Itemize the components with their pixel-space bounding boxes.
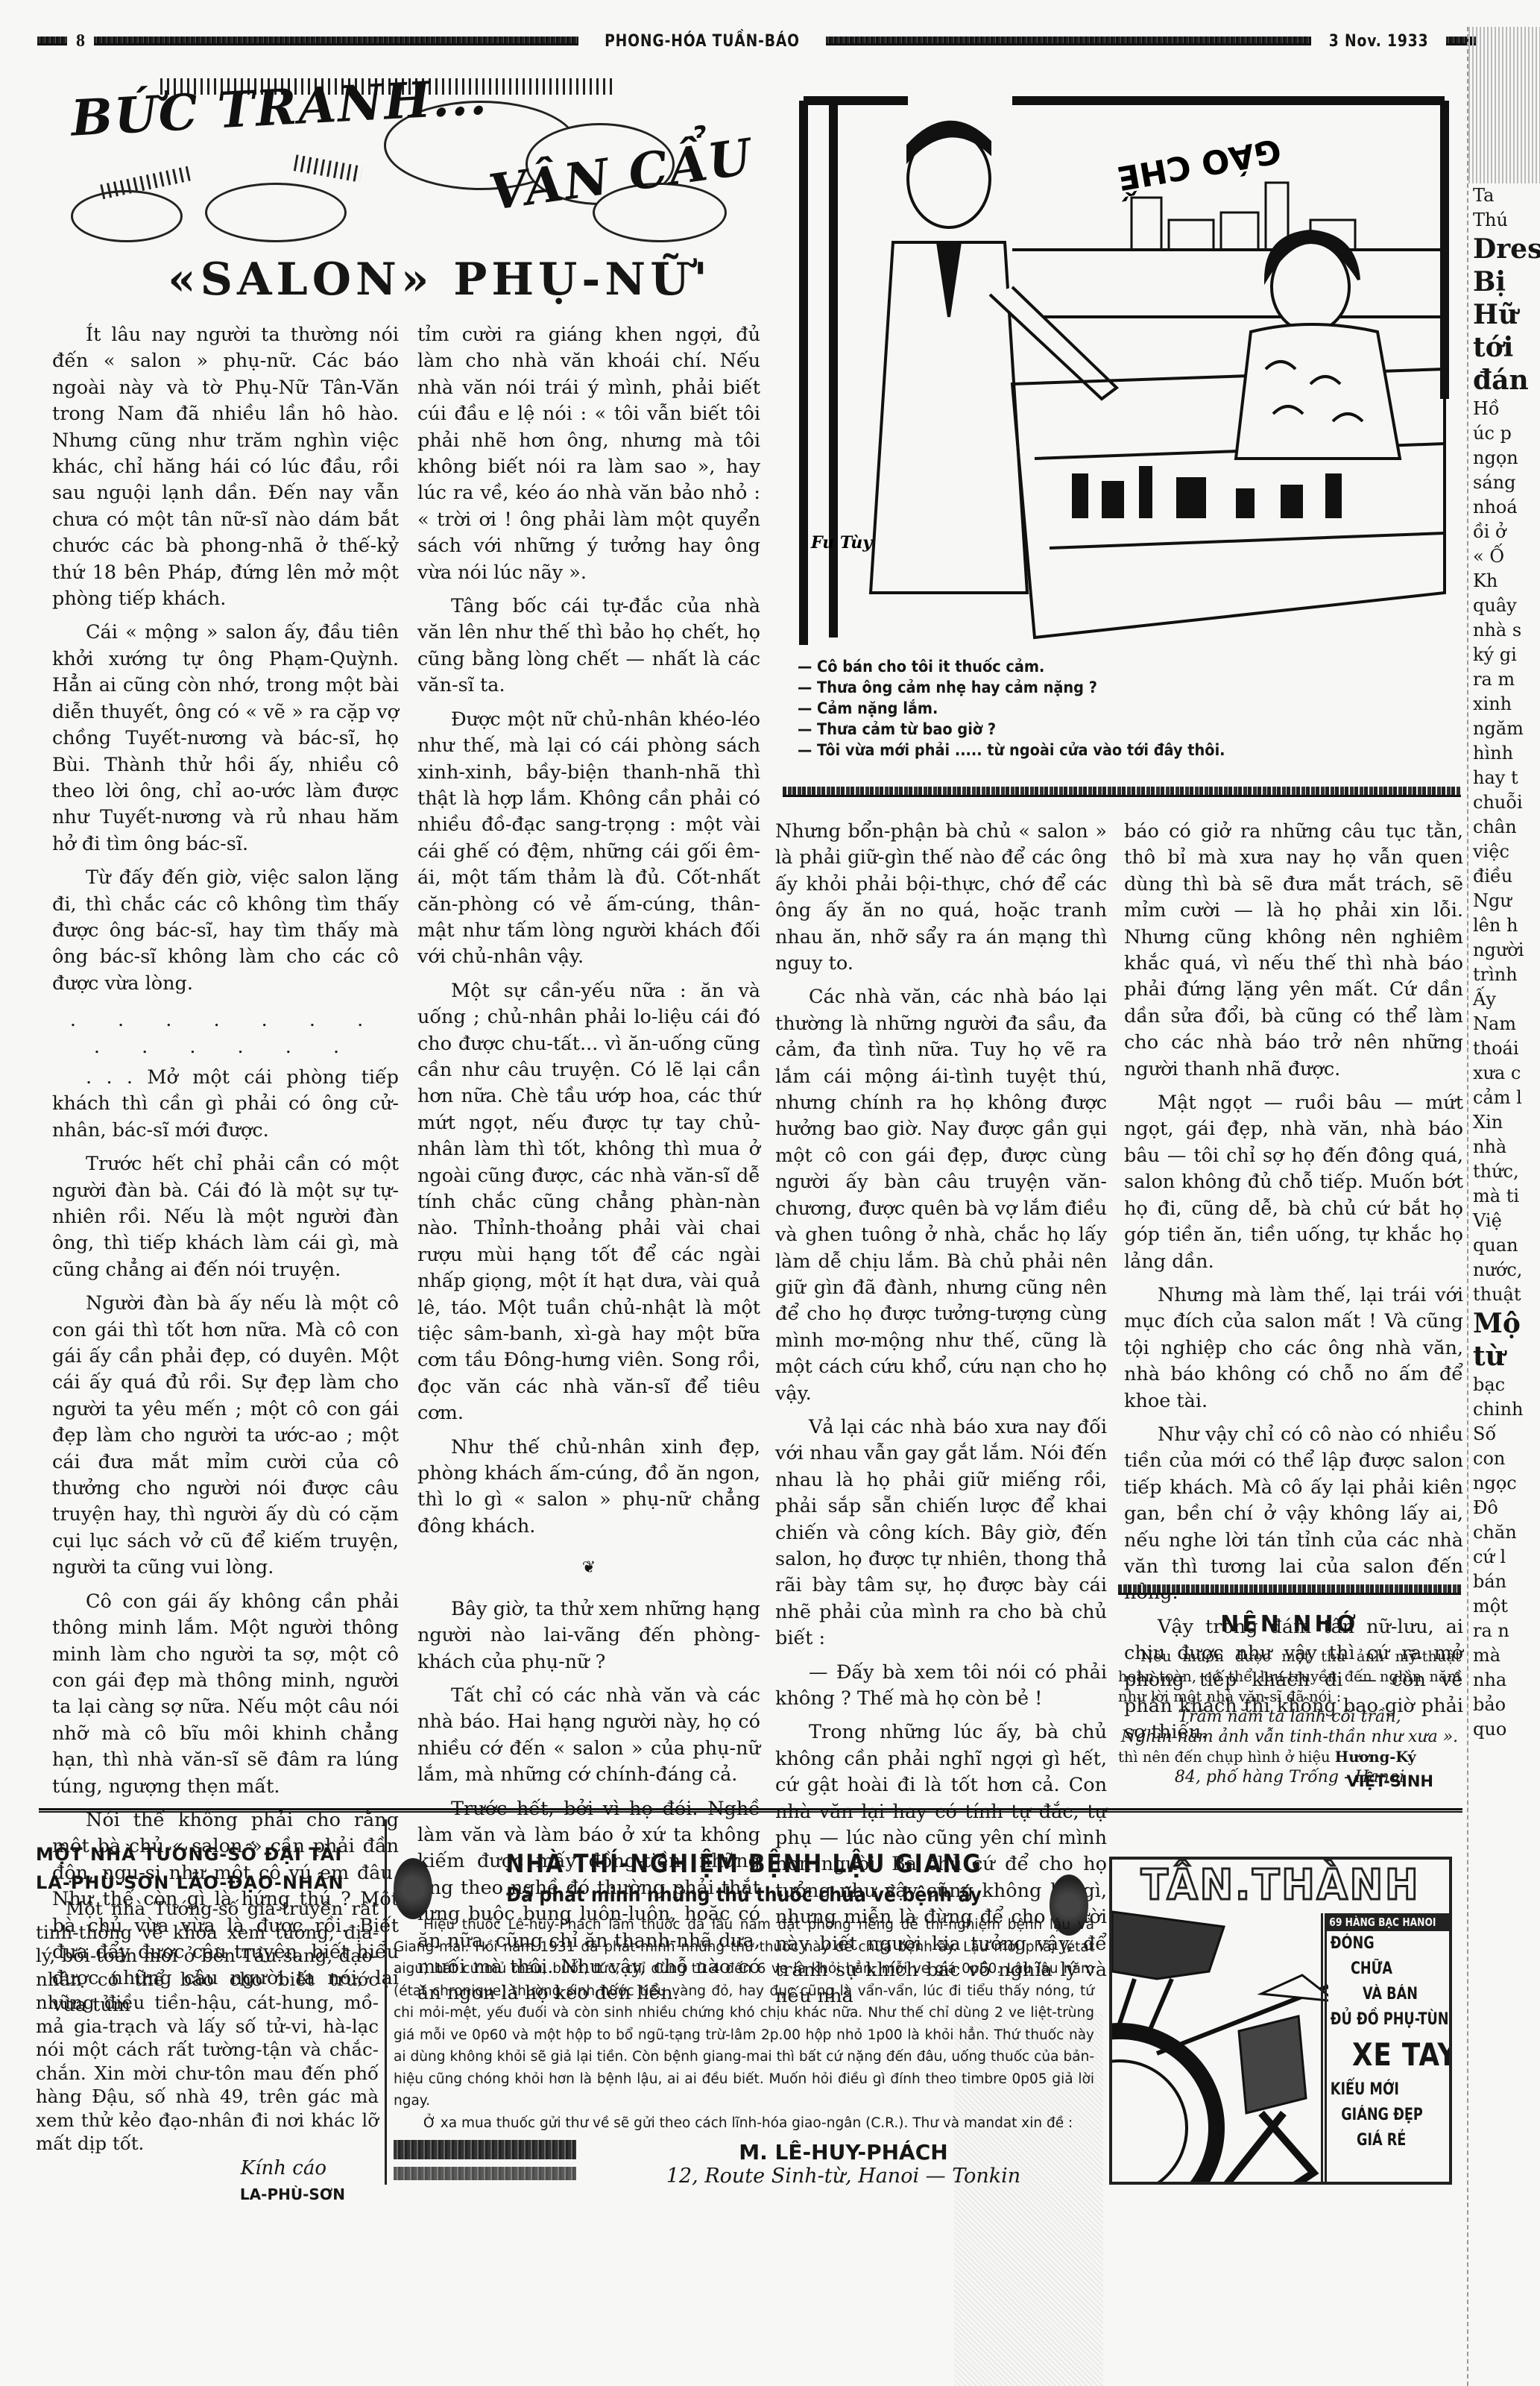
text-fragment: xưa c [1468,1061,1540,1086]
ads-section-rule [39,1808,1462,1813]
title-illustration: BỨC TRANH... VÂN CẨU [71,78,775,254]
text-fragment: hình [1468,741,1540,766]
text-fragment: tới [1468,331,1540,364]
ad-line: CHỮA [1327,1957,1424,1982]
text-fragment: Xin [1468,1110,1540,1135]
text-fragment: mà ti [1468,1184,1540,1209]
paragraph: Mật ngọt — ruồi bâu — mứt ngọt, gái đẹp,… [1124,1090,1463,1275]
fleuron-ornament-icon: ❦ [417,1555,760,1581]
text-fragment: một [1468,1594,1540,1619]
adjacent-page-edge: Ta Thú Dress Bị Hữ tới đán Hồ úc p ngọn … [1467,27,1540,2386]
text-fragment: cứ l [1468,1545,1540,1570]
ad-tagline: GIÁ RẺ [1327,2128,1424,2153]
caption-line: — Tôi vừa mới phải ..... từ ngoài cửa và… [798,740,1401,761]
rickshaw-puller-illustration [1112,1904,1328,2185]
text-fragment: quo [1468,1717,1540,1742]
text-fragment: úc p [1468,421,1540,446]
ad-subtitle: Đã phát minh những thứ thuốc chữa về bện… [435,1883,1052,1907]
ad-signature: LA-PHÙ-SƠN [36,2185,379,2203]
text-fragment: Việ [1468,1209,1540,1233]
text-fragment: Kh [1468,569,1540,594]
paragraph: Ít lâu nay người ta thường nói đến « sal… [52,322,399,612]
cloud-icon [205,183,347,242]
text-fragment: việc [1468,840,1540,864]
pharmacy-cartoon: GÁO CHẾ Fu Tùy [789,71,1459,645]
text-fragment: Dress [1468,233,1540,265]
ad-line: ĐÓNG [1327,1931,1424,1957]
decorative-band [394,2140,576,2159]
text-fragment: mà [1468,1643,1540,1668]
text-fragment: ra n [1468,1619,1540,1643]
ad-body: Một nhà Tướng-số gia-truyền rất tinh-thô… [36,1897,379,2156]
issue-date: 3 Nov. 1933 [1329,32,1429,51]
caption-line: — Thưa ông cảm nhẹ hay cảm nặng ? [798,677,1401,698]
ellipsis-separator: . . . . . . . . . . . . . [52,1007,399,1060]
masthead: 8 PHONG-HÓA TUẦN-BÁO 3 Nov. 1933 [37,27,1476,55]
ad-title: MỘT NHÀ TƯỚNG-SỐ ĐẠI TÀI [36,1840,379,1869]
text-fragment: nhoá [1468,495,1540,520]
text-fragment: đán [1468,364,1540,397]
text-fragment: ngọc [1468,1471,1540,1496]
paragraph: Như thế chủ-nhân xinh đẹp, phòng khách ấ… [417,1435,760,1540]
paragraph: Trước hết chỉ phải cần có một người đàn … [52,1151,399,1283]
text-fragment: chinh [1468,1397,1540,1422]
article-column-2: tỉm cười ra giáng khen ngợi, đủ làm cho … [417,322,760,2015]
text-fragment: nước, [1468,1258,1540,1282]
paragraph: Như vậy chỉ có cô nào có nhiều tiền của … [1124,1422,1463,1607]
publication-name: PHONG-HÓA TUẦN-BÁO [605,32,800,51]
caption-line: — Cảm nặng lắm. [798,698,1401,719]
paragraph: tỉm cười ra giáng khen ngợi, đủ làm cho … [417,322,760,586]
text-fragment: nhà [1468,1135,1540,1159]
paragraph: Nhưng mà làm thế, lại trái với mục đích … [1124,1282,1463,1414]
ad-title: NHÀ THÍ-NGHIỆM BỆNH LẬU GIANG [435,1849,1052,1879]
text-fragment: bảo [1468,1693,1540,1717]
ad-line: VÀ BÁN [1327,1982,1424,2007]
notice-intro: Nếu muốn được một thứ ảnh mỹ-thuật hoàn-… [1118,1646,1461,1707]
notice-title: NÊN NHỚ [1118,1611,1461,1637]
text-fragment: từ [1468,1340,1540,1373]
ad-title: LA-PHÙ-SƠN LÃO-ĐẠO-NHÂN [36,1869,379,1897]
paragraph: Tất chỉ có các nhà văn và các nhà báo. H… [417,1683,760,1789]
text-fragment: lên h [1468,913,1540,938]
text-fragment: Ấy [1468,987,1540,1012]
notice-verse-line: Nghìn năm ảnh vẫn tinh-thần như xưa ». [1118,1727,1461,1747]
text-fragment: Hữ [1468,298,1540,331]
ad-tagline: GIÁNG ĐẸP [1327,2103,1424,2128]
paragraph: Được một nữ chủ-nhân khéo-léo như thế, m… [417,707,760,971]
fortune-teller-ad: MỘT NHÀ TƯỚNG-SỐ ĐẠI TÀI LA-PHÙ-SƠN LÃO-… [36,1840,379,2203]
paragraph: — Đấy bà xem tôi nói có phải không ? Thế… [775,1660,1107,1713]
cartoon-caption: — Cô bán cho tôi it thuốc cảm. — Thưa ôn… [798,656,1454,761]
text-fragment: Thú [1468,208,1540,233]
text-fragment: Ngư [1468,889,1540,913]
paragraph: Bây giờ, ta thử xem những hạng người nào… [417,1596,760,1675]
text-fragment: người [1468,938,1540,963]
rickshaw-ad: TÂN.THÀNH 69 HÀNG BẠC HANOI ĐÓNG CHỮA VÀ… [1109,1857,1452,2185]
paragraph: . . . Mở một cái phòng tiếp khách thì cầ… [52,1065,399,1144]
ornament-dot-icon [394,1858,432,1919]
decorative-wave [394,2167,576,2180]
hatched-sunray [294,154,362,182]
article-column-1: Ít lâu nay người ta thường nói đến « sal… [52,322,399,2026]
article-headline: «SALON» PHỤ-NỮ' [134,254,745,306]
text-fragment: cảm l [1468,1086,1540,1110]
shop-name: Hương-Ký [1335,1748,1416,1766]
text-fragment: ngăm [1468,717,1540,741]
page-number: 8 [76,31,85,51]
text-fragment: Đô [1468,1496,1540,1520]
adjacent-page-artwork [1468,27,1540,183]
text-fragment: chăn [1468,1520,1540,1545]
text-fragment: điều [1468,864,1540,889]
text-fragment: thuật [1468,1282,1540,1307]
paragraph: Cái « mộng » salon ấy, đầu tiên khởi xướ… [52,620,399,857]
masthead-rule [94,37,578,45]
text-fragment: ra m [1468,667,1540,692]
paragraph: Vả lại các nhà báo xưa nay đối với nhau … [775,1414,1107,1652]
text-fragment: quây [1468,594,1540,618]
text-fragment: ngọn [1468,446,1540,470]
text-fragment: Bị [1468,265,1540,298]
artist-signature: Fu Tùy [810,533,874,553]
ad-line: ĐỦ ĐỒ PHỤ-TÙNG [1327,2007,1424,2033]
text-fragment: « Ố [1468,544,1540,569]
text-fragment: hay t [1468,766,1540,790]
article-column-3: Nhưng bổn-phận bà chủ « salon » là phải … [775,819,1107,2018]
text-fragment: xinh [1468,692,1540,717]
ad-product: XE TAY [1327,2033,1430,2077]
text-fragment: nhà s [1468,618,1540,643]
section-divider [1118,1584,1461,1595]
text-fragment: Mộ [1468,1307,1540,1340]
text-fragment: quan [1468,1233,1540,1258]
notice-cta: thì nên đến chụp hình ở hiệu [1118,1748,1331,1766]
text-fragment: con [1468,1447,1540,1471]
paragraph: Một sự cần-yếu nữa : ăn và uống ; chủ-nh… [417,978,760,1427]
text-fragment: thức, [1468,1159,1540,1184]
ad-text-panel: 69 HÀNG BẠC HANOI ĐÓNG CHỮA VÀ BÁN ĐỦ ĐỒ… [1321,1913,1449,2185]
caption-line: — Thưa cảm từ bao giờ ? [798,719,1401,740]
caption-line: — Cô bán cho tôi it thuốc cảm. [798,656,1401,677]
cloud-icon [71,190,183,242]
text-fragment: Hồ [1468,397,1540,421]
text-fragment: nha [1468,1668,1540,1693]
ad-tagline: KIỂU MỚI [1327,2077,1424,2103]
scan-artifact [954,2013,1103,2386]
text-fragment: ồi ở [1468,520,1540,544]
masthead-rule [37,37,67,45]
notice-verse-line: Trăm năm ta lánh cõi trần, [1118,1707,1461,1727]
ad-brand: TÂN.THÀNH [1125,1864,1436,1907]
text-fragment: Số [1468,1422,1540,1447]
text-fragment: bán [1468,1570,1540,1594]
paragraph: Các nhà văn, các nhà báo lại thường là n… [775,984,1107,1407]
text-fragment: sáng [1468,470,1540,495]
text-fragment: trình [1468,963,1540,987]
text-fragment: Ta [1468,183,1540,208]
text-fragment: chân [1468,815,1540,840]
paragraph: Nhưng bổn-phận bà chủ « salon » là phải … [775,819,1107,977]
text-fragment: Nam [1468,1012,1540,1036]
text-fragment: thoái [1468,1036,1540,1061]
shop-address: 69 HÀNG BẠC HANOI [1327,1913,1452,1931]
text-fragment: bạc [1468,1373,1540,1397]
ad-closing: Kính cáo [36,2157,379,2179]
paragraph: Người đàn bà ấy nếu là một cô con gái th… [52,1291,399,1581]
shop-address: 84, phố hàng Trống - Hanoi [1118,1767,1461,1787]
section-divider [783,787,1461,797]
paragraph: Cô con gái ấy không cần phải thông minh … [52,1589,399,1800]
text-fragment: chuỗi [1468,790,1540,815]
paragraph: báo có giở ra những câu tục tằn, thô bỉ … [1124,819,1463,1083]
nen-nho-notice: NÊN NHỚ Nếu muốn được một thứ ảnh mỹ-thu… [1118,1584,1461,1787]
column-rule [385,1819,387,2185]
paragraph: Tâng bốc cái tự-đắc của nhà văn lên như … [417,594,760,699]
text-fragment: ký gi [1468,643,1540,667]
masthead-rule [826,37,1310,45]
paragraph: Từ đấy đến giờ, việc salon lặng đi, thì … [52,865,399,997]
